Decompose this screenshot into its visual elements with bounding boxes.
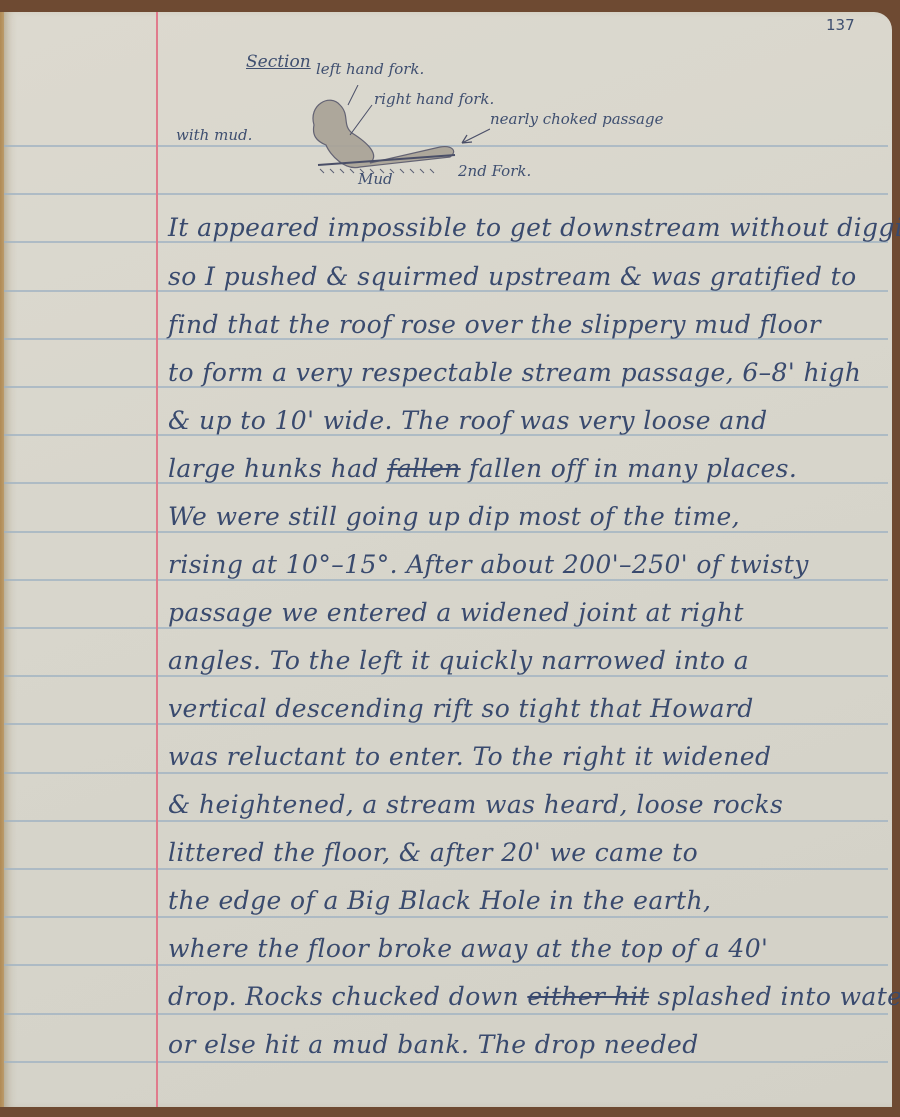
ruled-line xyxy=(4,193,888,195)
text-line: or else hit a mud bank. The drop needed xyxy=(168,1030,868,1059)
sketch-title: Section xyxy=(246,52,311,72)
text-line: & up to 10' wide. The roof was very loos… xyxy=(168,406,868,435)
text-line: We were still going up dip most of the t… xyxy=(168,502,868,531)
text-fragment: splashed into water xyxy=(657,982,900,1011)
ruled-line xyxy=(4,531,888,533)
ruled-line xyxy=(4,723,888,725)
struck-out-word: fallen xyxy=(387,454,460,483)
text-fragment: drop. Rocks chucked down xyxy=(168,982,519,1011)
struck-out-word: either hit xyxy=(527,982,649,1011)
ruled-line xyxy=(4,772,888,774)
text-fragment: large hunks had xyxy=(168,454,379,483)
ruled-line xyxy=(4,964,888,966)
sketch-label-left-fork: left hand fork. xyxy=(316,60,424,78)
text-line: where the floor broke away at the top of… xyxy=(168,934,868,963)
cave-section-sketch xyxy=(290,85,490,185)
text-line: drop. Rocks chucked down either hit spla… xyxy=(168,982,868,1011)
text-line: to form a very respectable stream passag… xyxy=(168,358,868,387)
page-number: 137 xyxy=(826,16,855,34)
margin-line xyxy=(156,12,158,1107)
text-line: rising at 10°–15°. After about 200'–250'… xyxy=(168,550,868,579)
sketch-label-with-mud: with mud. xyxy=(176,126,252,144)
ruled-line xyxy=(4,579,888,581)
text-line: so I pushed & squirmed upstream & was gr… xyxy=(168,262,868,291)
text-line: passage we entered a widened joint at ri… xyxy=(168,598,868,627)
text-line: large hunks had fallen fallen off in man… xyxy=(168,454,868,483)
sketch-label-choked-passage: nearly choked passage xyxy=(490,110,663,128)
text-line: the edge of a Big Black Hole in the eart… xyxy=(168,886,868,915)
text-line: vertical descending rift so tight that H… xyxy=(168,694,868,723)
text-line: It appeared impossible to get downstream… xyxy=(168,213,868,242)
text-line: find that the roof rose over the slipper… xyxy=(168,310,868,339)
ruled-line xyxy=(4,916,888,918)
ruled-line xyxy=(4,627,888,629)
ruled-line xyxy=(4,675,888,677)
ruled-line xyxy=(4,1061,888,1063)
ruled-line xyxy=(4,820,888,822)
text-fragment: fallen off in many places. xyxy=(469,454,797,483)
ruled-line xyxy=(4,868,888,870)
text-line: littered the floor, & after 20' we came … xyxy=(168,838,868,867)
text-line: & heightened, a stream was heard, loose … xyxy=(168,790,868,819)
text-line: was reluctant to enter. To the right it … xyxy=(168,742,868,771)
text-line: angles. To the left it quickly narrowed … xyxy=(168,646,868,675)
ruled-line xyxy=(4,1013,888,1015)
